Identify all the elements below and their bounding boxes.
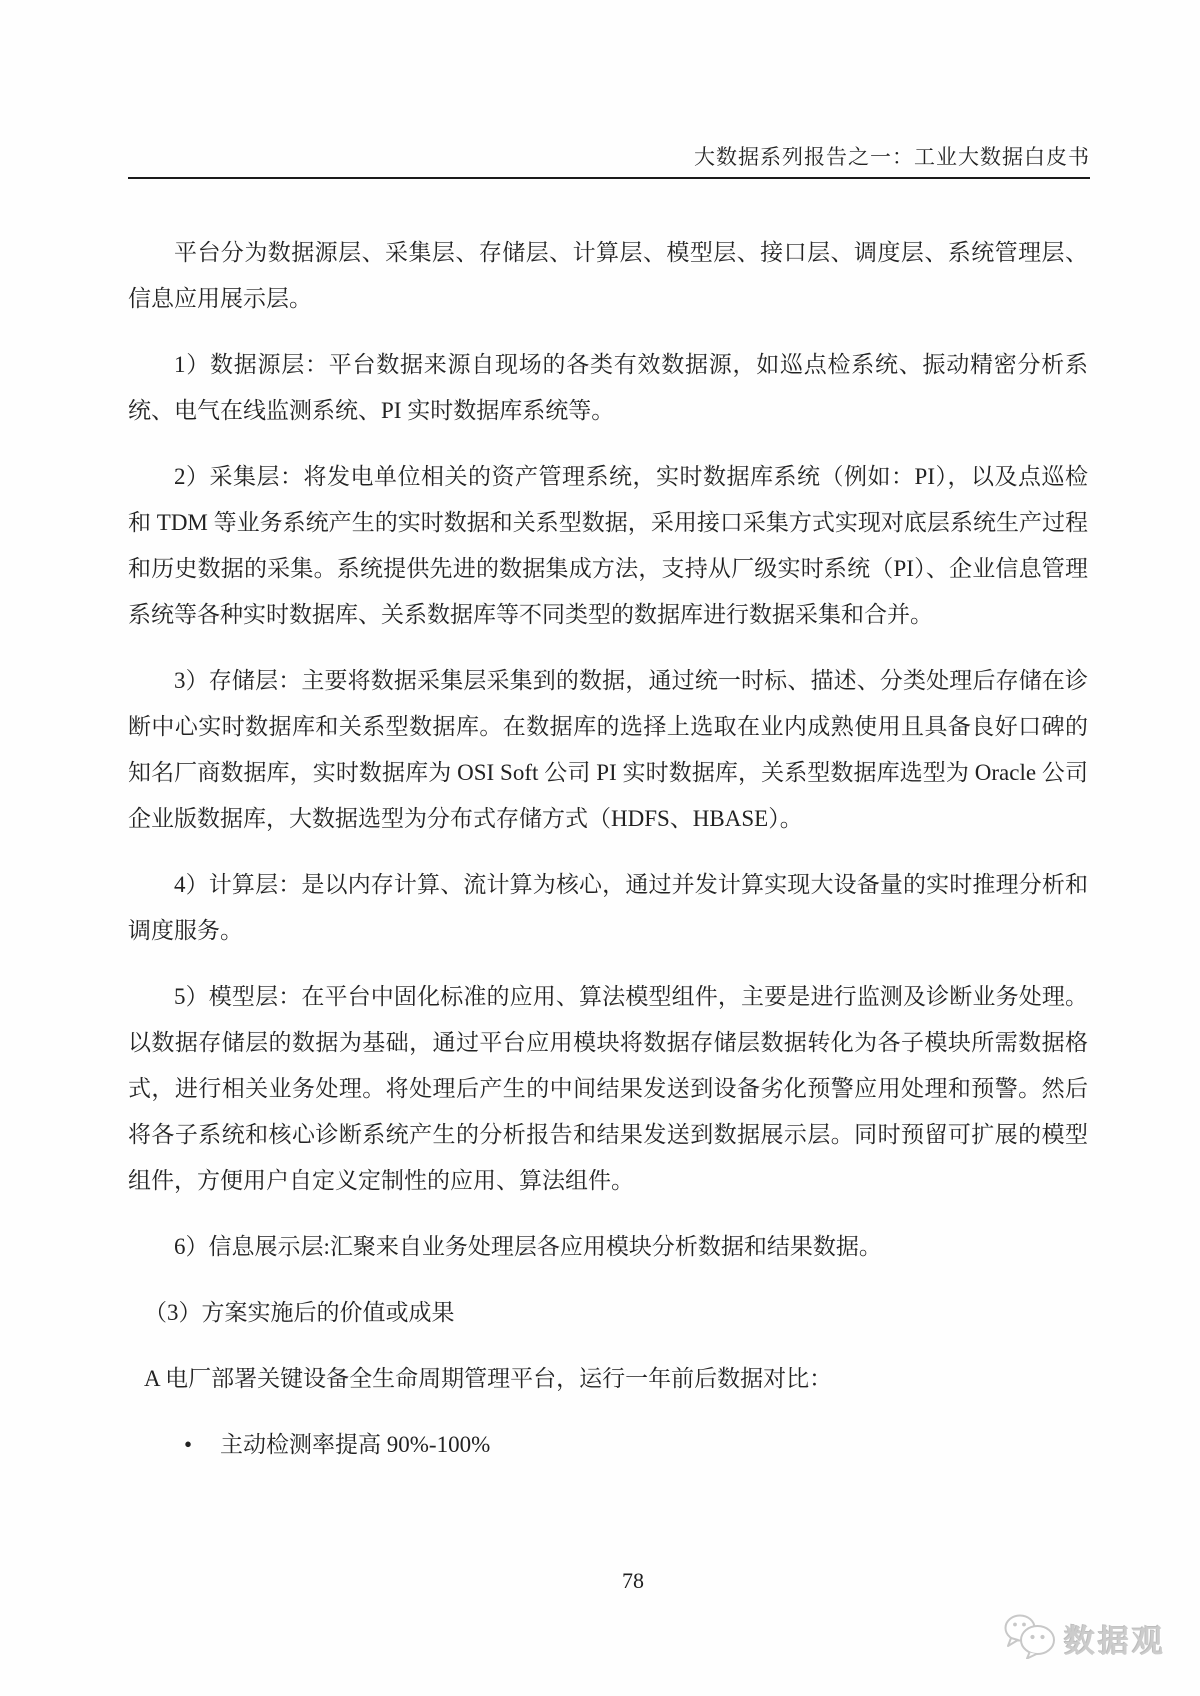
bullet-marker: • [184, 1422, 220, 1468]
paragraph-platform-layers: 平台分为数据源层、采集层、存储层、计算层、模型层、接口层、调度层、系统管理层、信… [128, 230, 1088, 322]
heading-implementation-results: （3）方案实施后的价值或成果 [128, 1290, 1088, 1336]
document-page: 大数据系列报告之一：工业大数据白皮书 平台分为数据源层、采集层、存储层、计算层、… [0, 0, 1200, 1696]
paragraph-collection-layer: 2）采集层：将发电单位相关的资产管理系统，实时数据库系统（例如：PI），以及点巡… [128, 454, 1088, 638]
paragraph-computing-layer: 4）计算层：是以内存计算、流计算为核心，通过并发计算实现大设备量的实时推理分析和… [128, 862, 1088, 954]
chat-bubbles-icon [1001, 1613, 1057, 1664]
paragraph-data-source-layer: 1）数据源层：平台数据来源自现场的各类有效数据源，如巡点检系统、振动精密分析系统… [128, 342, 1088, 434]
page-header: 大数据系列报告之一：工业大数据白皮书 [128, 0, 1090, 179]
list-item: • 主动检测率提高 90%-100% [128, 1422, 1088, 1468]
paragraph-storage-layer: 3）存储层：主要将数据采集层采集到的数据，通过统一时标、描述、分类处理后存储在诊… [128, 658, 1088, 842]
paragraph-model-layer: 5）模型层：在平台中固化标准的应用、算法模型组件，主要是进行监测及诊断业务处理。… [128, 974, 1088, 1204]
header-title: 大数据系列报告之一：工业大数据白皮书 [694, 145, 1090, 169]
page-number: 78 [622, 1568, 644, 1594]
list-item-text: 主动检测率提高 90%-100% [220, 1422, 490, 1468]
document-body: 平台分为数据源层、采集层、存储层、计算层、模型层、接口层、调度层、系统管理层、信… [128, 180, 1088, 1468]
paragraph-display-layer: 6）信息展示层:汇聚来自业务处理层各应用模块分析数据和结果数据。 [128, 1224, 1088, 1270]
paragraph-plant-comparison: A 电厂部署关键设备全生命周期管理平台，运行一年前后数据对比： [128, 1356, 1088, 1402]
watermark-brand: 数据观 [1064, 1616, 1166, 1661]
watermark: 数据观 [1001, 1613, 1166, 1664]
